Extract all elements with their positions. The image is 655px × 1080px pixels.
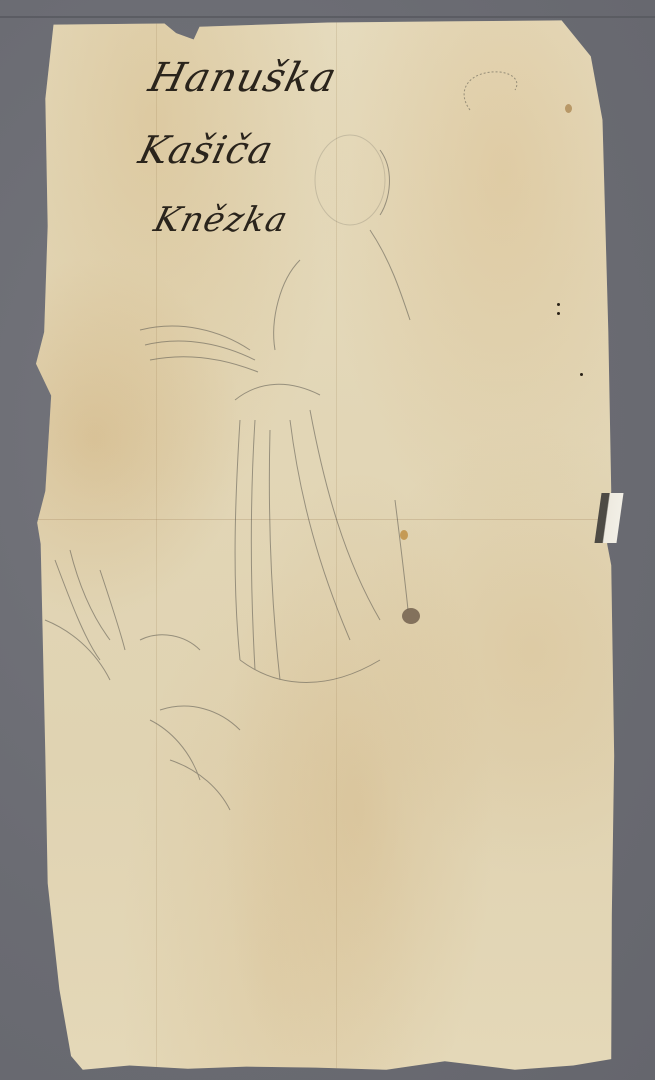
ink-dot: [557, 303, 560, 306]
handwritten-name-2: Kašiča: [135, 128, 279, 172]
handwritten-name-1: Hanuška: [144, 55, 341, 101]
ink-dot: [580, 373, 583, 376]
handwritten-name-3: Knězka: [150, 200, 292, 240]
aged-paper-sheet: [36, 14, 620, 1074]
mount-edge-line: [0, 16, 655, 18]
fold-crease-vertical: [336, 14, 337, 1074]
stain-spot: [565, 104, 572, 113]
fold-crease-horizontal: [36, 519, 620, 520]
fold-crease-vertical: [156, 14, 157, 1074]
stain-spot: [400, 530, 408, 540]
ink-dot: [557, 312, 560, 315]
stain-spot: [402, 608, 420, 624]
